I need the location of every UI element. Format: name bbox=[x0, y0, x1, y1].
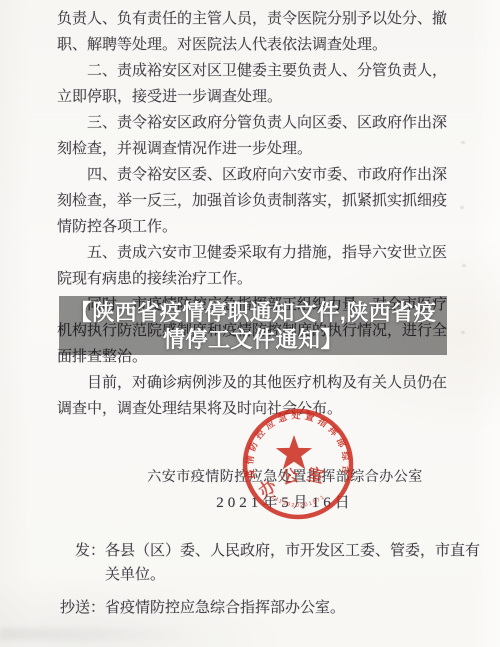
doc-paragraph-item-5: 五、责成六安市卫健委采取有力措施，指导六安世立医院现有病患的接续治疗工作。 bbox=[57, 240, 450, 292]
scan-speck bbox=[460, 330, 466, 335]
seal-center-label: 办公室 bbox=[254, 464, 331, 502]
overlay-title-line-1: 【陕西省疫情停职通知文件,陕西省疫 bbox=[70, 299, 437, 326]
doc-paragraph-item-3: 三、责令裕安区政府分管负责人向区委、区政府作出深刻检查，并视调查情况作进一步处理… bbox=[57, 110, 450, 162]
doc-paragraph-continuation: 负责人、负有责任的主管人员，责令医院分别予以处分、撤职、解聘等处理。对医院法人代… bbox=[57, 6, 450, 58]
scan-smudge bbox=[0, 628, 190, 640]
cc-line: 抄送：省疫情防控应急综合指挥部办公室。 bbox=[60, 596, 450, 617]
title-overlay: 【陕西省疫情停职通知文件,陕西省疫 情停工文件通知】 bbox=[55, 296, 451, 356]
svg-text:3413020201971: 3413020201971 bbox=[269, 494, 326, 509]
seal-star bbox=[276, 435, 312, 469]
doc-paragraph-item-4: 四、责令裕安区委、区政府向六安市委、市政府作出深刻检查，举一反三，加强首诊负责制… bbox=[57, 162, 450, 240]
document-body: 负责人、负有责任的主管人员，责令医院分别予以处分、撤职、解聘等处理。对医院法人代… bbox=[57, 6, 450, 422]
overlay-title-line-2: 情停工文件通知】 bbox=[163, 326, 343, 353]
scan-speck bbox=[460, 140, 466, 145]
scan-speck bbox=[459, 205, 465, 210]
svg-text:办公室: 办公室 bbox=[254, 464, 331, 502]
distribution-line: 发：各县（区）委、人民政府，市开发区工委、管委，市直有关单位。 bbox=[75, 539, 483, 587]
seal-code: 3413020201971 bbox=[269, 494, 326, 509]
official-seal: 六安市疫情防控应急处置指挥部综合办公室 办公室 3413020201971 bbox=[236, 404, 360, 528]
doc-paragraph-item-2: 二、责成裕安区对区卫健委主要负责人、分管负责人，立即停职，接受进一步调查处理。 bbox=[57, 58, 450, 110]
scan-speck bbox=[461, 263, 467, 268]
